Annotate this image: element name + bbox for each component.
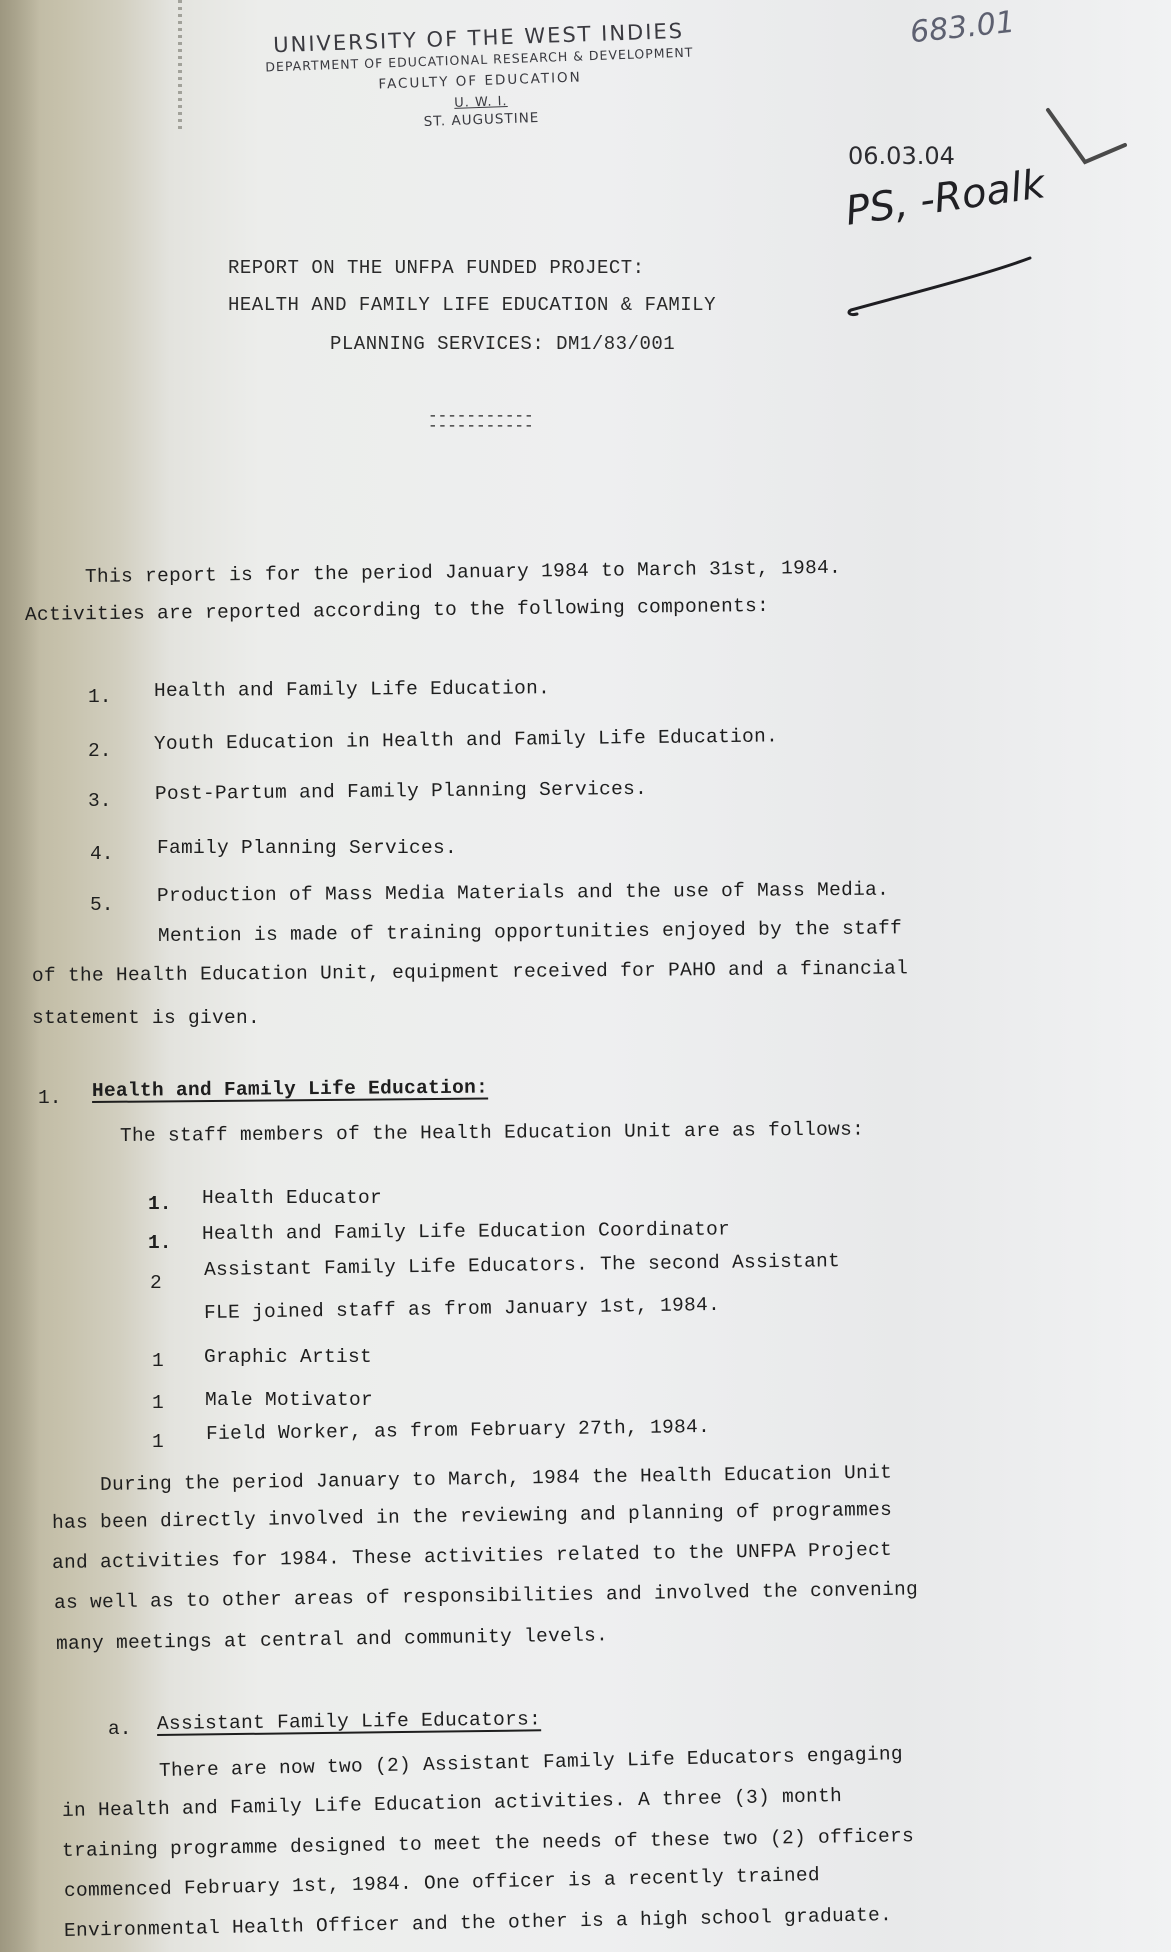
report-title-line1: REPORT ON THE UNFPA FUNDED PROJECT: bbox=[228, 257, 645, 279]
section-1-heading: Health and Family Life Education: bbox=[92, 1077, 488, 1102]
handwritten-underline-stroke bbox=[845, 250, 1035, 320]
section-1-number: 1. bbox=[38, 1087, 61, 1109]
staff-count: 1 bbox=[152, 1431, 164, 1453]
staff-intro: The staff members of the Health Educatio… bbox=[120, 1119, 864, 1147]
staff-role: Field Worker, as from February 27th, 198… bbox=[206, 1416, 710, 1445]
staff-count: 2 bbox=[150, 1272, 162, 1294]
component-item: Health and Family Life Education. bbox=[154, 677, 550, 702]
component-number: 4. bbox=[90, 843, 113, 865]
letterhead-stamp: UNIVERSITY OF THE WEST INDIES DEPARTMENT… bbox=[223, 17, 736, 137]
staff-role: Health Educator bbox=[202, 1187, 382, 1209]
component-item: Youth Education in Health and Family Lif… bbox=[154, 725, 778, 755]
handwritten-date: 06.03.04 bbox=[848, 142, 955, 170]
staff-count: 1 bbox=[152, 1392, 164, 1414]
mention-line-3: statement is given. bbox=[32, 1007, 260, 1029]
title-separator-bottom: ----------- bbox=[428, 419, 534, 433]
staff-role: Health and Family Life Education Coordin… bbox=[202, 1218, 730, 1245]
paragraph-line: as well as to other areas of responsibil… bbox=[54, 1578, 918, 1614]
staff-count: 1 bbox=[152, 1350, 164, 1372]
component-item: Production of Mass Media Materials and t… bbox=[157, 879, 889, 907]
staff-role-continued: FLE joined staff as from January 1st, 19… bbox=[204, 1294, 720, 1324]
handwritten-tick-mark bbox=[1040, 100, 1130, 180]
paragraph-line: has been directly involved in the review… bbox=[52, 1499, 892, 1534]
paragraph-line: commenced February 1st, 1984. One office… bbox=[64, 1864, 820, 1902]
staff-role: Male Motivator bbox=[205, 1389, 373, 1411]
paragraph-line: in Health and Family Life Education acti… bbox=[62, 1785, 842, 1822]
component-number: 1. bbox=[88, 686, 111, 708]
report-title-line2: HEALTH AND FAMILY LIFE EDUCATION & FAMIL… bbox=[228, 294, 716, 316]
staff-count: 1. bbox=[148, 1232, 171, 1254]
subsection-a-heading: Assistant Family Life Educators: bbox=[157, 1708, 541, 1735]
component-item: Post-Partum and Family Planning Services… bbox=[155, 778, 647, 805]
document-page: UNIVERSITY OF THE WEST INDIES DEPARTMENT… bbox=[0, 0, 1171, 1952]
component-number: 2. bbox=[88, 740, 111, 762]
paragraph-line: training programme designed to meet the … bbox=[62, 1825, 914, 1862]
mention-line-2: of the Health Education Unit, equipment … bbox=[32, 957, 908, 987]
subsection-a-label: a. bbox=[108, 1718, 131, 1740]
handwritten-reference: 683.01 bbox=[908, 5, 1016, 51]
paragraph-line: Environmental Health Officer and the oth… bbox=[64, 1904, 892, 1942]
paragraph-line: There are now two (2) Assistant Family L… bbox=[159, 1743, 903, 1782]
component-number: 5. bbox=[90, 894, 113, 916]
intro-line-2: Activities are reported according to the… bbox=[25, 595, 769, 626]
perforation-marks bbox=[178, 0, 182, 130]
report-title-line3: PLANNING SERVICES: DM1/83/001 bbox=[330, 333, 675, 355]
paragraph-line: many meetings at central and community l… bbox=[56, 1624, 608, 1655]
staff-role: Graphic Artist bbox=[204, 1346, 372, 1368]
component-item: Family Planning Services. bbox=[157, 837, 457, 859]
paragraph-line: and activities for 1984. These activitie… bbox=[52, 1539, 892, 1574]
paragraph-line: During the period January to March, 1984… bbox=[100, 1462, 892, 1496]
intro-line-1: This report is for the period January 19… bbox=[85, 557, 841, 588]
component-number: 3. bbox=[88, 790, 111, 812]
staff-role: Assistant Family Life Educators. The sec… bbox=[204, 1250, 840, 1281]
staff-count: 1. bbox=[148, 1193, 171, 1215]
mention-line-1: Mention is made of training opportunitie… bbox=[158, 917, 902, 947]
handwritten-initials: PS, -Roalk bbox=[843, 161, 1048, 234]
